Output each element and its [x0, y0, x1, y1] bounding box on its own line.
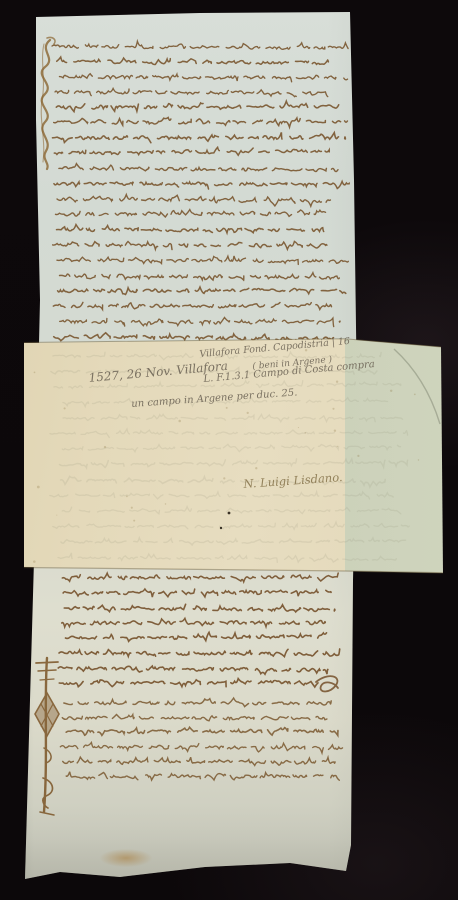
photograph-background: Villafora Fond. Capodistria | 16 ( beni … [0, 0, 458, 900]
paper-stain [100, 849, 152, 867]
